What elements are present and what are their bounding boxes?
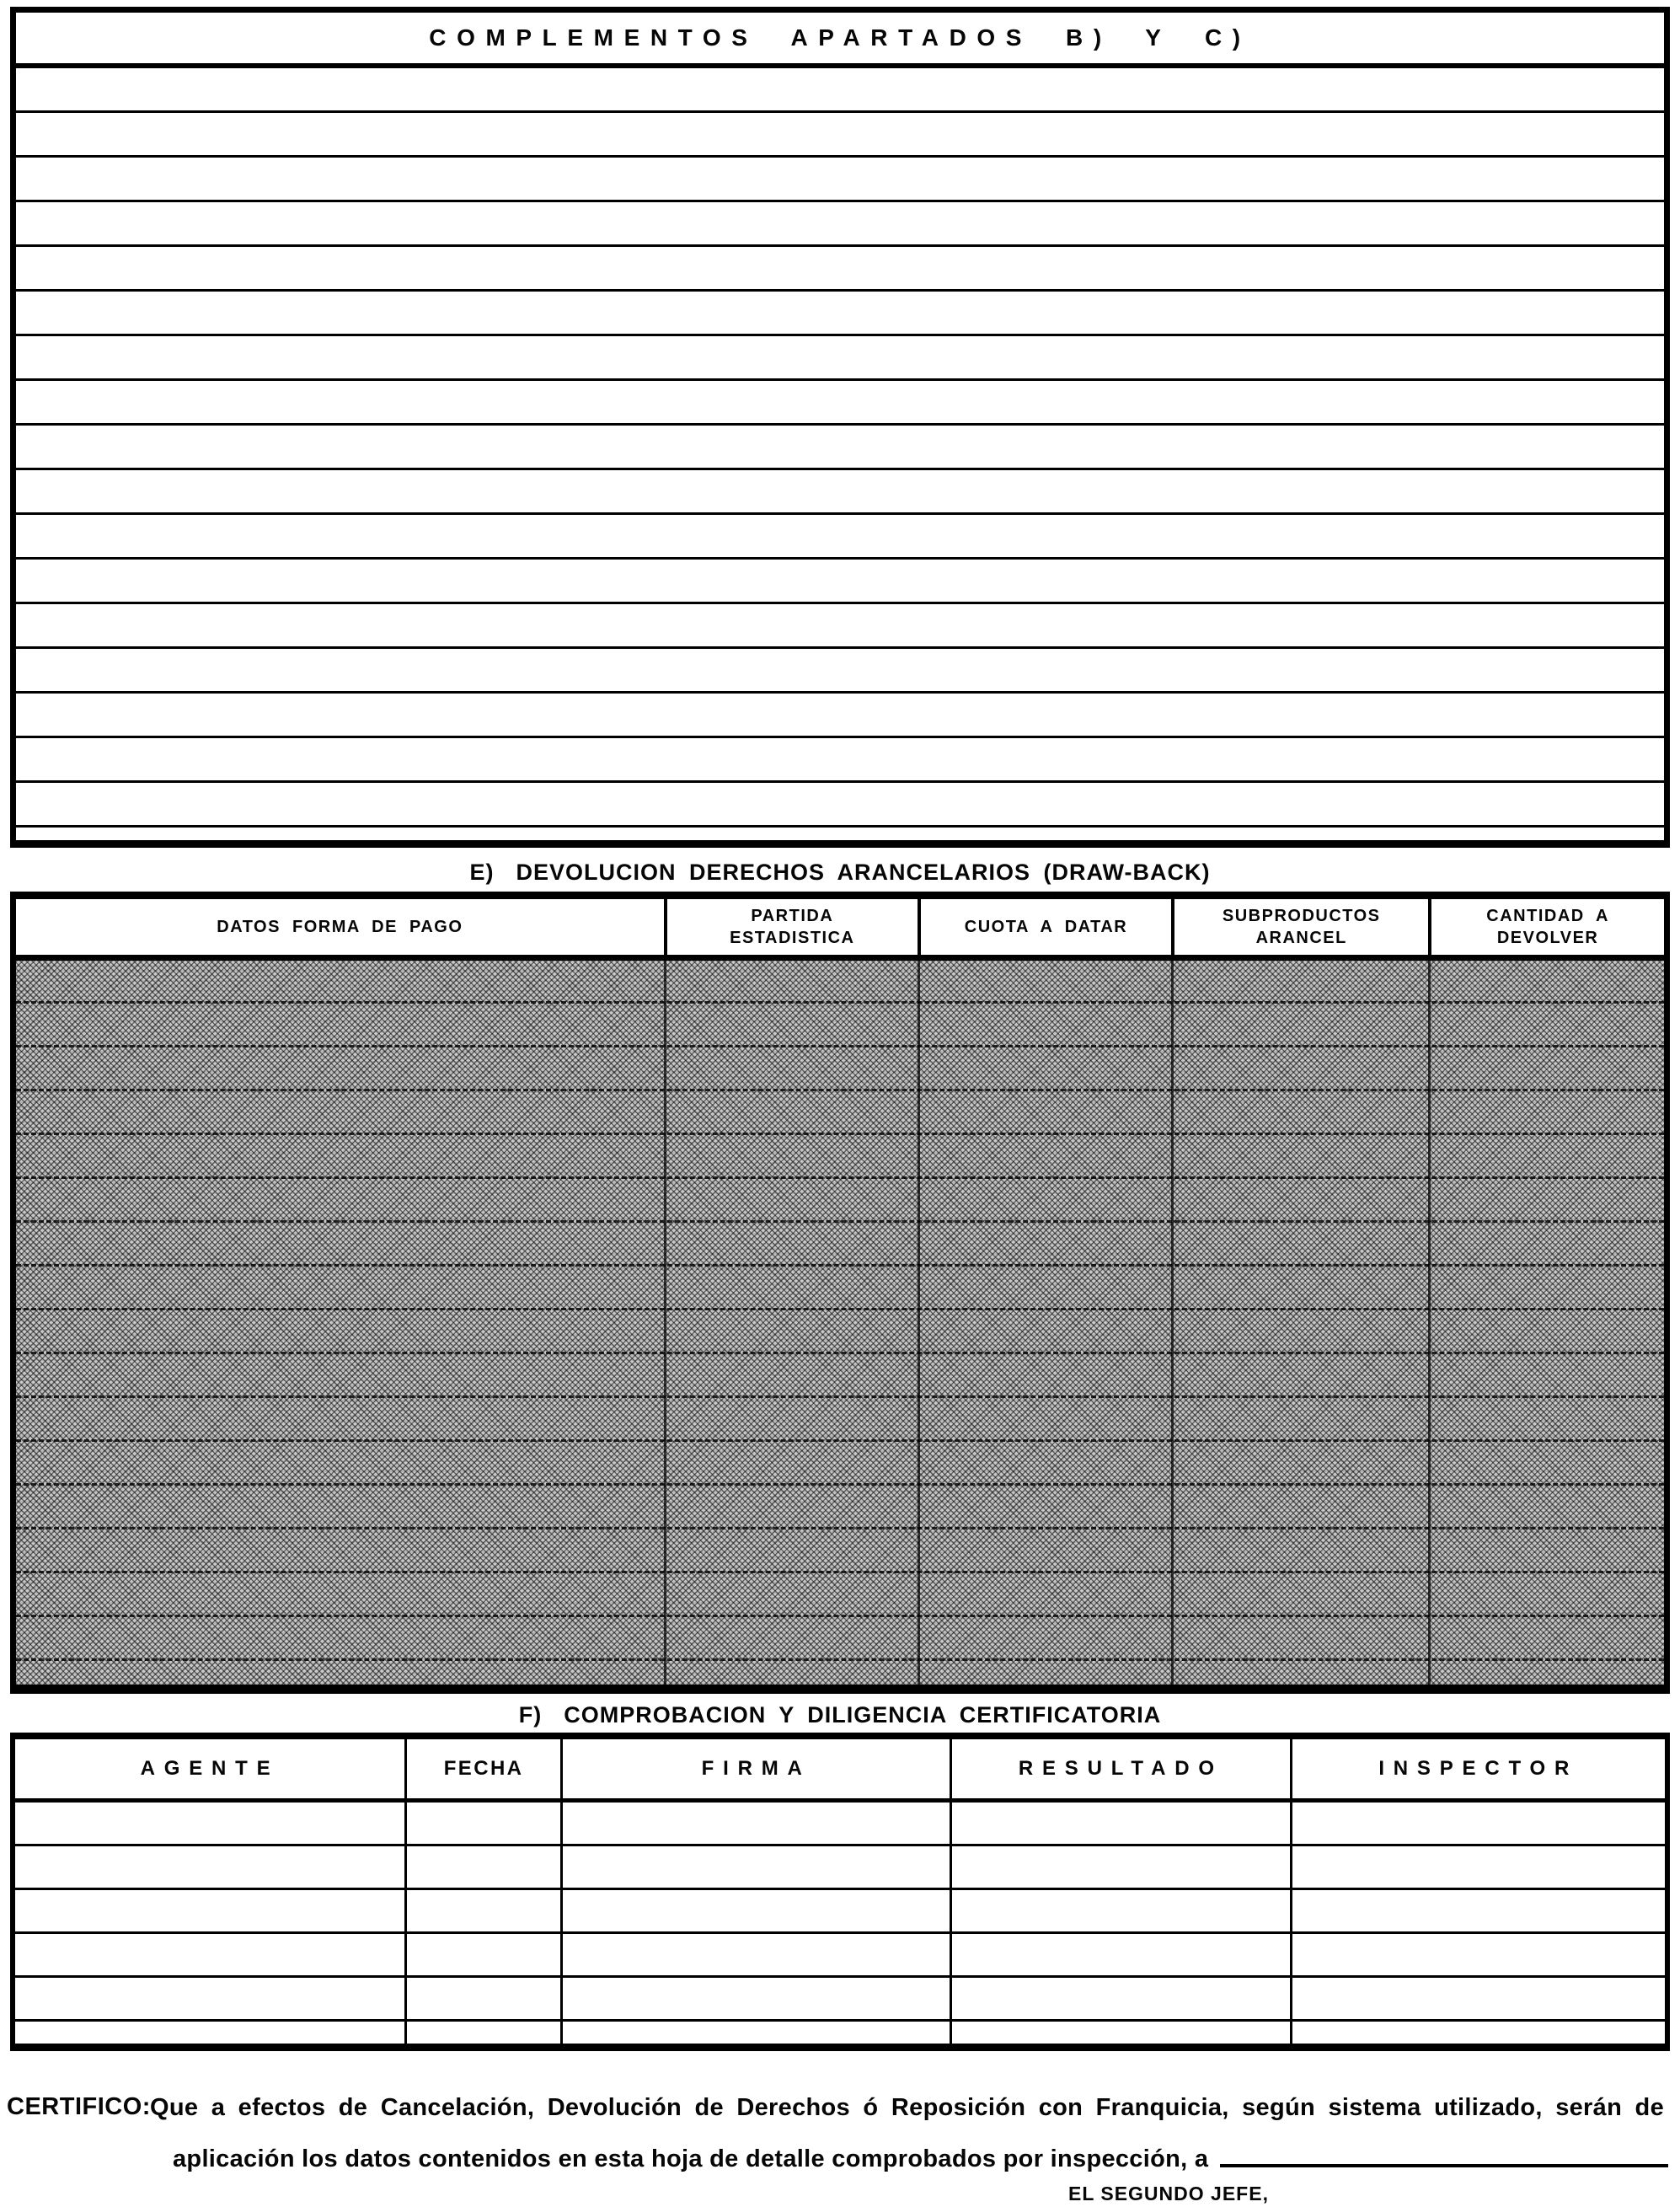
column-header-resultado: RESULTADO xyxy=(950,1739,1289,1798)
empty-cell xyxy=(404,2022,560,2044)
section-e-heading: E)DEVOLUCION DERECHOS ARANCELARIOS (DRAW… xyxy=(0,860,1680,886)
empty-cell xyxy=(404,1890,560,1931)
signature-title: EL SEGUNDO JEFE, xyxy=(1068,2183,1269,2205)
column-header-agente: AGENTE xyxy=(15,1739,404,1798)
table-row xyxy=(15,1934,1665,1978)
column-header-line: SUBPRODUCTOS xyxy=(1223,905,1381,927)
column-divider xyxy=(1171,961,1174,1685)
table-row xyxy=(15,2022,1665,2044)
row-divider-dashed xyxy=(16,1089,1664,1091)
row-divider-dashed xyxy=(16,1571,1664,1573)
empty-cell xyxy=(15,2022,404,2044)
row-divider-dashed xyxy=(16,1352,1664,1354)
empty-cell xyxy=(1290,1934,1665,1975)
row-divider-dashed xyxy=(16,1658,1664,1661)
column-divider xyxy=(1428,961,1431,1685)
row-divider-dashed xyxy=(16,1045,1664,1047)
section-f-title: COMPROBACION Y DILIGENCIA CERTIFICATORIA xyxy=(564,1702,1161,1728)
empty-cell xyxy=(404,1803,560,1844)
column-header-cuota-a-datar: CUOTA A DATAR xyxy=(918,899,1171,955)
ruled-lines xyxy=(16,68,1664,840)
empty-cell xyxy=(950,2022,1289,2044)
column-header-datos-forma-de-pago: DATOS FORMA DE PAGO xyxy=(16,899,664,955)
row-divider-dashed xyxy=(16,1133,1664,1135)
empty-cell xyxy=(560,2022,950,2044)
section-f-heading: F)COMPROBACION Y DILIGENCIA CERTIFICATOR… xyxy=(0,1702,1680,1728)
drawback-table: DATOS FORMA DE PAGO PARTIDA ESTADISTICA … xyxy=(10,892,1670,1694)
column-header-cantidad-a-devolver: CANTIDAD A DEVOLVER xyxy=(1428,899,1664,955)
drawback-header-row: DATOS FORMA DE PAGO PARTIDA ESTADISTICA … xyxy=(16,899,1664,961)
drawback-body xyxy=(16,961,1664,1685)
row-divider-dashed xyxy=(16,1439,1664,1442)
empty-cell xyxy=(1290,1846,1665,1888)
table-row xyxy=(15,1890,1665,1934)
column-header-line: DEVOLVER xyxy=(1497,927,1599,949)
certification-line2-text: aplicación los datos contenidos en esta … xyxy=(173,2145,1208,2173)
column-header-line: CUOTA A DATAR xyxy=(965,916,1127,938)
table-row xyxy=(15,1803,1665,1846)
row-divider-dashed xyxy=(16,1308,1664,1310)
column-header-line: DATOS FORMA DE PAGO xyxy=(217,916,463,938)
empty-cell xyxy=(15,1978,404,2019)
empty-cell xyxy=(404,1934,560,1975)
complementos-box: COMPLEMENTOS APARTADOS B) Y C) xyxy=(10,7,1670,848)
row-divider-dashed xyxy=(16,1220,1664,1223)
empty-cell xyxy=(15,1846,404,1888)
column-header-inspector: INSPECTOR xyxy=(1290,1739,1665,1798)
empty-cell xyxy=(1290,1978,1665,2019)
empty-cell xyxy=(15,1890,404,1931)
empty-cell xyxy=(1290,2022,1665,2044)
table-row xyxy=(15,1978,1665,2022)
empty-cell xyxy=(15,1934,404,1975)
column-divider xyxy=(664,961,666,1685)
empty-cell xyxy=(950,1890,1289,1931)
empty-cell xyxy=(950,1978,1289,2019)
certifico-label: CERTIFICO: xyxy=(7,2093,151,2121)
column-header-line: ARANCEL xyxy=(1256,927,1347,949)
empty-cell xyxy=(560,1978,950,2019)
empty-cell xyxy=(560,1934,950,1975)
comprobacion-table: AGENTE FECHA FIRMA RESULTADO INSPECTOR xyxy=(10,1733,1670,2051)
empty-cell xyxy=(560,1890,950,1931)
empty-cell xyxy=(950,1934,1289,1975)
section-e-prefix: E) xyxy=(470,860,495,885)
column-divider xyxy=(918,961,920,1685)
table-row xyxy=(15,1846,1665,1890)
certification-text-line1: Que a efectos de Cancelación, Devolución… xyxy=(150,2093,1664,2122)
row-divider-dashed xyxy=(16,1527,1664,1529)
empty-cell xyxy=(1290,1890,1665,1931)
empty-cell xyxy=(404,1846,560,1888)
row-divider-dashed xyxy=(16,1615,1664,1617)
empty-cell xyxy=(15,1803,404,1844)
row-divider-dashed xyxy=(16,1264,1664,1267)
empty-cell xyxy=(950,1846,1289,1888)
empty-cell xyxy=(404,1978,560,2019)
blank-fill-line xyxy=(1220,2164,1668,2167)
column-header-firma: FIRMA xyxy=(560,1739,950,1798)
row-divider-dashed xyxy=(16,1395,1664,1398)
column-header-line: PARTIDA xyxy=(751,905,833,927)
column-header-partida-estadistica: PARTIDA ESTADISTICA xyxy=(664,899,918,955)
column-header-subproductos-arancel: SUBPRODUCTOS ARANCEL xyxy=(1171,899,1428,955)
column-header-fecha: FECHA xyxy=(404,1739,560,1798)
row-divider-dashed xyxy=(16,1176,1664,1179)
scanned-form-page: COMPLEMENTOS APARTADOS B) Y C) E)DEVOLUC… xyxy=(0,0,1680,2207)
row-divider-dashed xyxy=(16,1483,1664,1486)
column-header-line: CANTIDAD A xyxy=(1486,905,1609,927)
empty-cell xyxy=(560,1846,950,1888)
row-divider-dashed xyxy=(16,1001,1664,1004)
empty-cell xyxy=(1290,1803,1665,1844)
empty-cell xyxy=(950,1803,1289,1844)
certification-text-line2: aplicación los datos contenidos en esta … xyxy=(173,2145,1670,2173)
column-header-line: ESTADISTICA xyxy=(730,927,854,949)
comprobacion-header-row: AGENTE FECHA FIRMA RESULTADO INSPECTOR xyxy=(15,1739,1665,1803)
complementos-title: COMPLEMENTOS APARTADOS B) Y C) xyxy=(16,24,1664,51)
section-e-title: DEVOLUCION DERECHOS ARANCELARIOS (DRAW-B… xyxy=(516,860,1211,885)
section-f-prefix: F) xyxy=(519,1702,542,1728)
empty-cell xyxy=(560,1803,950,1844)
